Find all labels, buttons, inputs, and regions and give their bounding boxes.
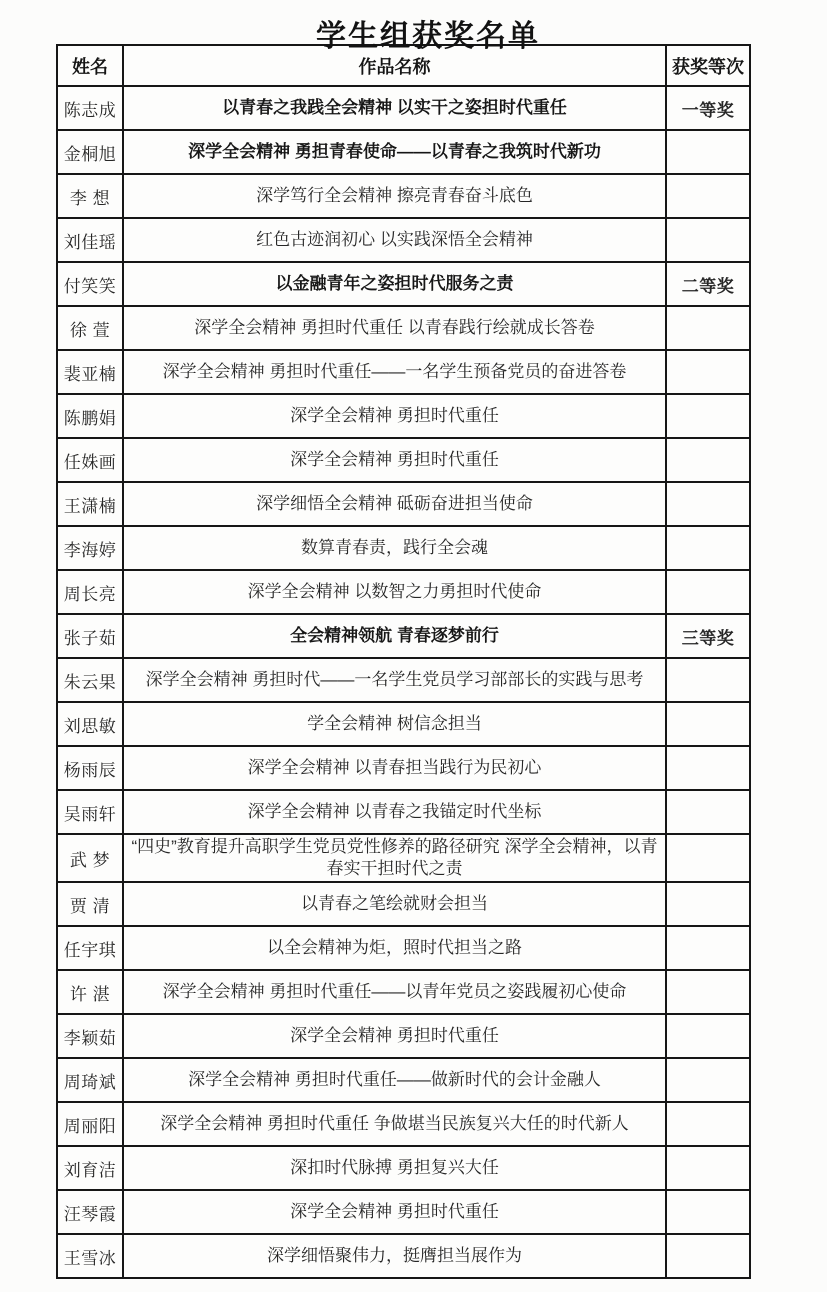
table-row: 周琦斌 深学全会精神 勇担时代重任——做新时代的会计金融人	[57, 1058, 750, 1102]
award-level-cell	[666, 1146, 750, 1190]
work-title-cell: 深学全会精神 勇担时代重任——做新时代的会计金融人	[123, 1058, 666, 1102]
work-title-cell: 深学全会精神 以青春担当践行为民初心	[123, 746, 666, 790]
award-level-cell	[666, 790, 750, 834]
student-name-cell: 周琦斌	[57, 1058, 123, 1102]
student-name-cell: 刘思敏	[57, 702, 123, 746]
table-row: 任姝画 深学全会精神 勇担时代重任	[57, 438, 750, 482]
table-row: 裴亚楠 深学全会精神 勇担时代重任——一名学生预备党员的奋进答卷	[57, 350, 750, 394]
award-level-cell	[666, 1190, 750, 1234]
work-title-cell: 深扣时代脉搏 勇担复兴大任	[123, 1146, 666, 1190]
award-level-cell	[666, 570, 750, 614]
work-title-cell: 深学全会精神 勇担时代重任——一名学生预备党员的奋进答卷	[123, 350, 666, 394]
student-name-cell: 许 湛	[57, 970, 123, 1014]
work-title-cell: “四史”教育提升高职学生党员党性修养的路径研究 深学全会精神，以青春实干担时代之…	[123, 834, 666, 882]
table-body: 陈志成 以青春之我践全会精神 以实干之姿担时代重任 一等奖 金桐旭 深学全会精神…	[57, 86, 750, 1278]
table-row: 刘佳瑶 红色古迹润初心 以实践深悟全会精神	[57, 218, 750, 262]
work-title-cell: 深学细悟全会精神 砥砺奋进担当使命	[123, 482, 666, 526]
table-row: 李海婷 数算青春责，践行全会魂	[57, 526, 750, 570]
work-title-cell: 深学全会精神 勇担时代——一名学生党员学习部部长的实践与思考	[123, 658, 666, 702]
student-name-cell: 周丽阳	[57, 1102, 123, 1146]
table-row: 周长亮 深学全会精神 以数智之力勇担时代使命	[57, 570, 750, 614]
student-name-cell: 陈鹏娟	[57, 394, 123, 438]
col-header-name: 姓名	[57, 45, 123, 86]
student-name-cell: 任姝画	[57, 438, 123, 482]
work-title-cell: 深学全会精神 勇担时代重任	[123, 394, 666, 438]
award-level-cell	[666, 702, 750, 746]
award-level-cell	[666, 1102, 750, 1146]
award-level-cell	[666, 926, 750, 970]
table-row: 金桐旭 深学全会精神 勇担青春使命——以青春之我筑时代新功	[57, 130, 750, 174]
student-name-cell: 李颖茹	[57, 1014, 123, 1058]
student-name-cell: 金桐旭	[57, 130, 123, 174]
award-level-cell	[666, 306, 750, 350]
award-level-cell	[666, 218, 750, 262]
work-title-cell: 深学全会精神 勇担时代重任 以青春践行绘就成长答卷	[123, 306, 666, 350]
award-level-cell	[666, 882, 750, 926]
work-title-cell: 深学细悟聚伟力，挺膺担当展作为	[123, 1234, 666, 1278]
work-title-cell: 深学笃行全会精神 擦亮青春奋斗底色	[123, 174, 666, 218]
student-name-cell: 吴雨轩	[57, 790, 123, 834]
table-row: 武 梦 “四史”教育提升高职学生党员党性修养的路径研究 深学全会精神，以青春实干…	[57, 834, 750, 882]
work-title-cell: 深学全会精神 勇担青春使命——以青春之我筑时代新功	[123, 130, 666, 174]
table-row: 王雪冰 深学细悟聚伟力，挺膺担当展作为	[57, 1234, 750, 1278]
award-level-cell	[666, 482, 750, 526]
award-level-cell	[666, 970, 750, 1014]
student-name-cell: 付笑笑	[57, 262, 123, 306]
student-name-cell: 武 梦	[57, 834, 123, 882]
table-row: 汪琴霞 深学全会精神 勇担时代重任	[57, 1190, 750, 1234]
student-name-cell: 贾 清	[57, 882, 123, 926]
award-level-cell	[666, 438, 750, 482]
table-row: 贾 清 以青春之笔绘就财会担当	[57, 882, 750, 926]
table-row: 许 湛 深学全会精神 勇担时代重任——以青年党员之姿践履初心使命	[57, 970, 750, 1014]
student-name-cell: 陈志成	[57, 86, 123, 130]
work-title-cell: 学全会精神 树信念担当	[123, 702, 666, 746]
award-level-cell	[666, 1234, 750, 1278]
work-title-cell: 以青春之笔绘就财会担当	[123, 882, 666, 926]
work-title-cell: 深学全会精神 勇担时代重任——以青年党员之姿践履初心使命	[123, 970, 666, 1014]
table-row: 陈志成 以青春之我践全会精神 以实干之姿担时代重任 一等奖	[57, 86, 750, 130]
table-row: 刘思敏 学全会精神 树信念担当	[57, 702, 750, 746]
award-level-cell	[666, 746, 750, 790]
work-title-cell: 数算青春责，践行全会魂	[123, 526, 666, 570]
work-title-cell: 深学全会精神 以数智之力勇担时代使命	[123, 570, 666, 614]
student-name-cell: 刘佳瑶	[57, 218, 123, 262]
student-name-cell: 王潇楠	[57, 482, 123, 526]
student-name-cell: 徐 萱	[57, 306, 123, 350]
award-level-cell	[666, 526, 750, 570]
table-row: 张子茹 全会精神领航 青春逐梦前行 三等奖	[57, 614, 750, 658]
work-title-cell: 以青春之我践全会精神 以实干之姿担时代重任	[123, 86, 666, 130]
award-level-cell: 一等奖	[666, 86, 750, 130]
award-level-cell: 三等奖	[666, 614, 750, 658]
table-row: 任宇琪 以全会精神为炬，照时代担当之路	[57, 926, 750, 970]
table-row: 刘育洁 深扣时代脉搏 勇担复兴大任	[57, 1146, 750, 1190]
table-row: 周丽阳 深学全会精神 勇担时代重任 争做堪当民族复兴大任的时代新人	[57, 1102, 750, 1146]
student-name-cell: 周长亮	[57, 570, 123, 614]
awards-table: 姓名 作品名称 获奖等次 陈志成 以青春之我践全会精神 以实干之姿担时代重任 一…	[56, 44, 751, 1279]
award-level-cell	[666, 1014, 750, 1058]
student-name-cell: 李海婷	[57, 526, 123, 570]
award-level-cell	[666, 130, 750, 174]
award-level-cell	[666, 1058, 750, 1102]
student-name-cell: 王雪冰	[57, 1234, 123, 1278]
student-name-cell: 朱云果	[57, 658, 123, 702]
work-title-cell: 深学全会精神 以青春之我锚定时代坐标	[123, 790, 666, 834]
student-name-cell: 张子茹	[57, 614, 123, 658]
student-name-cell: 任宇琪	[57, 926, 123, 970]
table-row: 徐 萱 深学全会精神 勇担时代重任 以青春践行绘就成长答卷	[57, 306, 750, 350]
table-row: 李颖茹 深学全会精神 勇担时代重任	[57, 1014, 750, 1058]
student-name-cell: 汪琴霞	[57, 1190, 123, 1234]
work-title-cell: 以全会精神为炬，照时代担当之路	[123, 926, 666, 970]
page-title: 学生组获奖名单	[56, 0, 800, 44]
table-row: 杨雨辰 深学全会精神 以青春担当践行为民初心	[57, 746, 750, 790]
col-header-award: 获奖等次	[666, 45, 750, 86]
student-name-cell: 杨雨辰	[57, 746, 123, 790]
table-row: 吴雨轩 深学全会精神 以青春之我锚定时代坐标	[57, 790, 750, 834]
table-row: 朱云果 深学全会精神 勇担时代——一名学生党员学习部部长的实践与思考	[57, 658, 750, 702]
table-row: 王潇楠 深学细悟全会精神 砥砺奋进担当使命	[57, 482, 750, 526]
work-title-cell: 深学全会精神 勇担时代重任	[123, 1014, 666, 1058]
award-level-cell: 二等奖	[666, 262, 750, 306]
work-title-cell: 深学全会精神 勇担时代重任 争做堪当民族复兴大任的时代新人	[123, 1102, 666, 1146]
document-page: 学生组获奖名单 姓名 作品名称 获奖等次 陈志成 以青春之我践全会精神 以实干之…	[0, 0, 827, 1292]
award-level-cell	[666, 834, 750, 882]
student-name-cell: 李 想	[57, 174, 123, 218]
award-level-cell	[666, 174, 750, 218]
award-level-cell	[666, 658, 750, 702]
award-level-cell	[666, 394, 750, 438]
work-title-cell: 全会精神领航 青春逐梦前行	[123, 614, 666, 658]
work-title-cell: 红色古迹润初心 以实践深悟全会精神	[123, 218, 666, 262]
work-title-cell: 深学全会精神 勇担时代重任	[123, 438, 666, 482]
table-row: 付笑笑 以金融青年之姿担时代服务之责 二等奖	[57, 262, 750, 306]
work-title-cell: 以金融青年之姿担时代服务之责	[123, 262, 666, 306]
table-row: 李 想 深学笃行全会精神 擦亮青春奋斗底色	[57, 174, 750, 218]
student-name-cell: 裴亚楠	[57, 350, 123, 394]
award-level-cell	[666, 350, 750, 394]
table-row: 陈鹏娟 深学全会精神 勇担时代重任	[57, 394, 750, 438]
work-title-cell: 深学全会精神 勇担时代重任	[123, 1190, 666, 1234]
student-name-cell: 刘育洁	[57, 1146, 123, 1190]
